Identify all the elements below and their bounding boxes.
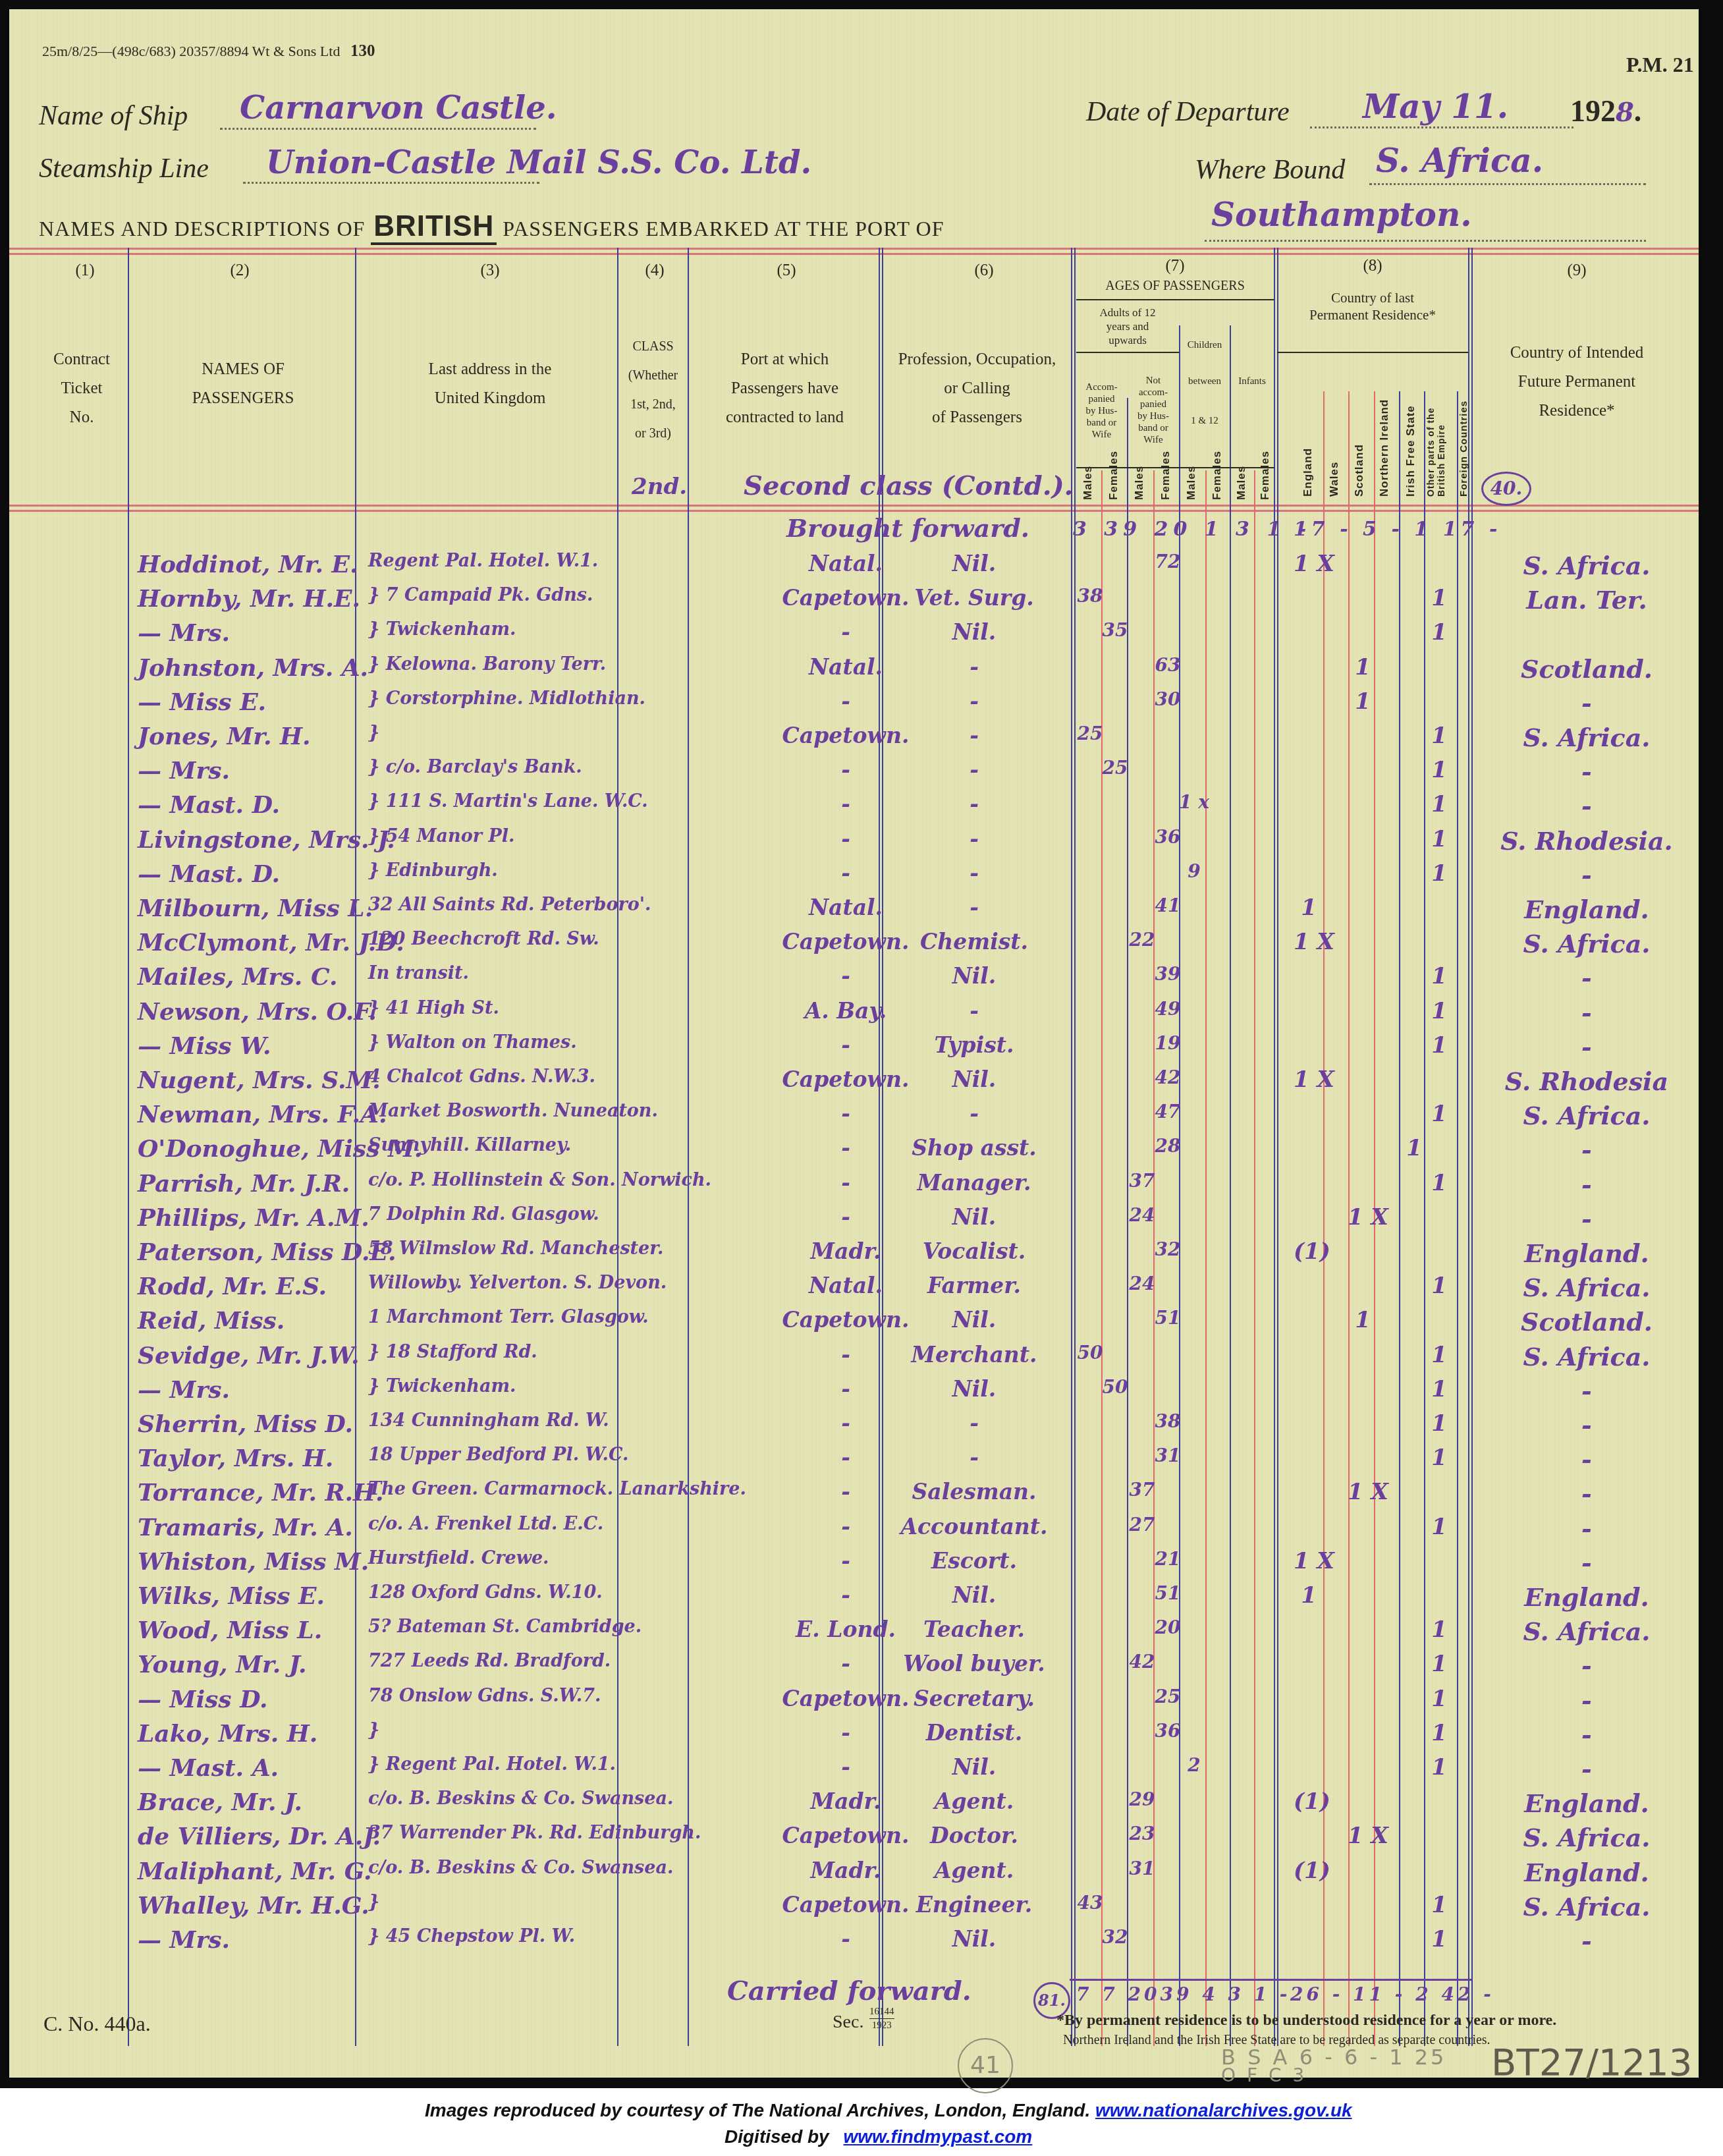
sex-label: Females xyxy=(1159,474,1172,500)
passenger-age: 43 xyxy=(1075,1892,1105,1914)
passenger-occupation: - xyxy=(889,860,1060,886)
country-northern-ireland: Northern Ireland xyxy=(1378,378,1391,497)
passenger-address: } c/o. Barclay's Bank. xyxy=(368,757,582,777)
passenger-row: Taylor, Mrs. H.18 Upper Bedford Pl. W.C.… xyxy=(9,1445,1699,1479)
passenger-row: — Mast. D.} Edinburgh.---91 xyxy=(9,860,1699,895)
passenger-occupation: Farmer. xyxy=(889,1273,1060,1298)
cf-age: 7 xyxy=(1076,1983,1092,2005)
brought-forward-label: Brought forward. xyxy=(786,513,1029,543)
manifest-title: NAMES AND DESCRIPTIONS OF BRITISH PASSEN… xyxy=(39,210,944,243)
passenger-name: Jones, Mr. H. xyxy=(138,723,311,750)
passenger-row: Brace, Mr. J.c/o. B. Beskins & Co. Swans… xyxy=(9,1788,1699,1823)
passenger-future-residence: England. xyxy=(1478,1858,1695,1887)
last-residence-mark: 1 xyxy=(1424,1892,1454,1918)
last-residence-mark: 1 xyxy=(1424,963,1454,989)
passenger-address: 120 Beechcroft Rd. Sw. xyxy=(368,929,599,949)
col6-label: Profession, Occupation, or Calling of Pa… xyxy=(883,345,1071,432)
last-residence-mark: 1 xyxy=(1348,1307,1378,1333)
bf-res: 17 xyxy=(1443,518,1479,541)
passenger-future-residence: - xyxy=(1478,1170,1695,1200)
col9-line: Country of Intended xyxy=(1475,339,1679,368)
passenger-name: — Mast. D. xyxy=(138,791,280,819)
last-residence-mark: 1 xyxy=(1399,1135,1429,1161)
passenger-name: Brace, Mr. J. xyxy=(138,1788,302,1816)
cf-age: 39 xyxy=(1160,1983,1192,2005)
passenger-future-residence: S. Africa. xyxy=(1478,1892,1695,1921)
passenger-name: — Mast. D. xyxy=(138,860,280,888)
passenger-name: Paterson, Miss D.E. xyxy=(138,1238,396,1266)
passenger-occupation: Vocalist. xyxy=(889,1238,1060,1264)
passenger-address: } Corstorphine. Midlothian. xyxy=(368,688,645,709)
passenger-name: Newson, Mrs. O.F. xyxy=(138,998,377,1026)
passenger-address: 5? Bateman St. Cambridge. xyxy=(368,1617,642,1637)
passenger-future-residence: - xyxy=(1478,1376,1695,1406)
passenger-future-residence: - xyxy=(1478,1926,1695,1956)
last-residence-mark: 1 xyxy=(1424,1617,1454,1643)
title-part-2: PASSENGERS EMBARKED AT THE PORT OF xyxy=(503,217,944,240)
passenger-age: 50 xyxy=(1075,1342,1105,1364)
passenger-future-residence: S. Africa. xyxy=(1478,929,1695,958)
passenger-name: — Miss E. xyxy=(138,688,266,716)
col7-children-between: between xyxy=(1180,375,1230,388)
passenger-row: Tramaris, Mr. A.c/o. A. Frenkel Ltd. E.C… xyxy=(9,1514,1699,1548)
last-residence-mark: 1 xyxy=(1294,895,1324,921)
passenger-row: Sevidge, Mr. J.W.} 18 Stafford Rd.-Merch… xyxy=(9,1342,1699,1376)
col5-line: contracted to land xyxy=(691,403,879,432)
passenger-occupation: Nil. xyxy=(889,1307,1060,1333)
passenger-future-residence: Lan. Ter. xyxy=(1478,585,1695,615)
passenger-name: Wilks, Miss E. xyxy=(138,1582,325,1610)
bf-age: 1 xyxy=(1267,518,1286,541)
passenger-age: 32 xyxy=(1100,1926,1130,1948)
passenger-address: 7 Dolphin Rd. Glasgow. xyxy=(368,1204,599,1225)
col1-line: Ticket xyxy=(36,374,128,403)
passenger-occupation: - xyxy=(889,688,1060,714)
passenger-address: 1 Marchmont Terr. Glasgow. xyxy=(368,1307,649,1327)
passenger-row: Hoddinot, Mr. E.Regent Pal. Hotel. W.1.N… xyxy=(9,551,1699,585)
national-archives-link[interactable]: www.nationalarchives.gov.uk xyxy=(1095,2100,1352,2120)
passenger-occupation: Teacher. xyxy=(889,1617,1060,1642)
col4-line: 1st, 2nd, xyxy=(618,390,688,419)
passenger-future-residence: England. xyxy=(1478,1788,1695,1818)
passenger-occupation: Nil. xyxy=(889,963,1060,989)
last-residence-mark: 1 X xyxy=(1294,929,1324,955)
cf-age: 4 xyxy=(1202,1983,1218,2005)
cf-res: - xyxy=(1395,1983,1406,2005)
sex-label: Females xyxy=(1259,474,1272,500)
col2-number: (2) xyxy=(207,256,273,285)
passenger-name: Mailes, Mrs. C. xyxy=(138,963,337,991)
col3-line: Last address in the xyxy=(365,355,615,384)
port-dotline xyxy=(1205,233,1646,242)
col7-children-range: 1 & 12 xyxy=(1180,414,1230,428)
notaccomp-line: panied xyxy=(1128,399,1179,410)
passenger-future-residence: - xyxy=(1478,757,1695,787)
last-residence-mark: 1 xyxy=(1424,1410,1454,1437)
passenger-occupation: Nil. xyxy=(889,1926,1060,1952)
last-residence-mark: 1 xyxy=(1424,1342,1454,1368)
last-residence-mark: 1 xyxy=(1424,1686,1454,1712)
passenger-name: Tramaris, Mr. A. xyxy=(138,1514,353,1541)
country-scotland: Scotland xyxy=(1353,404,1366,497)
passenger-occupation: Nil. xyxy=(889,1204,1060,1230)
passenger-future-residence: England. xyxy=(1478,1238,1695,1268)
passenger-row: Nugent, Mrs. S.M.4 Chalcot Gdns. N.W.3.C… xyxy=(9,1066,1699,1101)
passenger-address: Regent Pal. Hotel. W.1. xyxy=(368,551,598,571)
passenger-future-residence: - xyxy=(1478,1754,1695,1784)
passenger-occupation: Agent. xyxy=(889,1858,1060,1883)
passenger-occupation: Wool buyer. xyxy=(889,1651,1060,1676)
passenger-row: Whiston, Miss M.Hurstfield. Crewe.-Escor… xyxy=(9,1548,1699,1582)
passenger-age: 38 xyxy=(1075,585,1105,607)
passenger-name: Sherrin, Miss D. xyxy=(138,1410,353,1438)
sex-label: Males xyxy=(1133,474,1146,500)
cf-age: - xyxy=(1280,1983,1291,2005)
form-code: P.M. 21 xyxy=(1626,53,1694,77)
passenger-future-residence: S. Africa. xyxy=(1478,723,1695,752)
col7-title: AGES OF PASSENGERS xyxy=(1076,276,1274,296)
passenger-occupation: - xyxy=(889,757,1060,783)
passenger-age: 47 xyxy=(1153,1101,1183,1122)
passenger-future-residence: - xyxy=(1478,1651,1695,1680)
country-irish-free-state: Irish Free State xyxy=(1404,378,1417,497)
carried-forward-ages: 7 7 2039 4 3 1 - xyxy=(1076,1983,1290,2005)
passenger-occupation: Nil. xyxy=(889,619,1060,645)
last-residence-mark: 1 xyxy=(1424,1720,1454,1746)
last-residence-mark: 1 xyxy=(1424,1101,1454,1127)
col3-label: Last address in the United Kingdom xyxy=(365,355,615,413)
passenger-row: Paterson, Miss D.E.58 Wilmslow Rd. Manch… xyxy=(9,1238,1699,1273)
passenger-row: Newson, Mrs. O.F.} 41 High St.A. Bay.--4… xyxy=(9,998,1699,1032)
passenger-age: 27 xyxy=(1127,1514,1157,1535)
passenger-row: — Mrs.} Twickenham.-Nil.351 xyxy=(9,619,1699,653)
passenger-row: de Villiers, Dr. A.J.37 Warrender Pk. Rd… xyxy=(9,1823,1699,1857)
passenger-name: Johnston, Mrs. A. xyxy=(138,654,368,682)
title-part-1: NAMES AND DESCRIPTIONS OF xyxy=(39,217,365,240)
col8-number: (8) xyxy=(1340,256,1406,276)
last-residence-mark: 1 xyxy=(1424,723,1454,749)
ship-name: Carnarvon Castle. xyxy=(240,90,557,126)
passenger-address: 58 Wilmslow Rd. Manchester. xyxy=(368,1238,663,1259)
passenger-occupation: Dentist. xyxy=(889,1720,1060,1746)
passenger-future-residence: S. Rhodesia. xyxy=(1478,826,1695,856)
pencil-page-circle: 41 xyxy=(958,2038,1013,2093)
passenger-age: 9 xyxy=(1179,860,1209,882)
last-residence-mark: 1 xyxy=(1294,1582,1324,1609)
passenger-address: } Edinburgh. xyxy=(368,860,498,881)
passenger-future-residence: - xyxy=(1478,1032,1695,1062)
passenger-name: Phillips, Mr. A.M. xyxy=(138,1204,369,1232)
passenger-future-residence: S. Africa. xyxy=(1478,1823,1695,1852)
col6-line: of Passengers xyxy=(883,403,1071,432)
col8-title: Country of last Permanent Residence* xyxy=(1277,289,1468,323)
passenger-occupation: Engineer. xyxy=(889,1892,1060,1918)
port-of-embarkation: Southampton. xyxy=(1211,195,1472,234)
passenger-age: 23 xyxy=(1127,1823,1157,1844)
header-top-rule xyxy=(9,248,1699,250)
findmypast-link[interactable]: www.findmypast.com xyxy=(843,2126,1032,2147)
passenger-occupation: Secretary. xyxy=(889,1686,1060,1711)
last-residence-mark: 1 X xyxy=(1294,1548,1324,1574)
passenger-age: 51 xyxy=(1153,1582,1183,1604)
ship-label: Name of Ship xyxy=(39,100,188,132)
passenger-row: — Mast. A.} Regent Pal. Hotel. W.1.-Nil.… xyxy=(9,1754,1699,1788)
accomp-line: panied xyxy=(1076,393,1127,405)
cf-res: 2 xyxy=(1415,1983,1431,2005)
passenger-future-residence: Scotland. xyxy=(1478,1307,1695,1337)
header-bottom-rule xyxy=(9,505,1699,507)
passenger-row: Torrance, Mr. R.H.The Green. Carmarnock.… xyxy=(9,1479,1699,1513)
country-foreign: Foreign Countries xyxy=(1458,378,1469,497)
passenger-future-residence: - xyxy=(1478,1204,1695,1234)
col3-number: (3) xyxy=(457,256,523,285)
cf-res: 26 xyxy=(1290,1983,1323,2005)
last-residence-mark: 1 xyxy=(1424,1926,1454,1952)
passenger-future-residence: S. Africa. xyxy=(1478,1273,1695,1302)
passenger-name: Young, Mr. J. xyxy=(138,1651,307,1678)
passenger-age: 36 xyxy=(1153,1720,1183,1742)
last-residence-mark: 1 X xyxy=(1294,551,1324,577)
bf-age: 1 xyxy=(1205,518,1224,541)
col5-line: Port at which xyxy=(691,345,879,374)
brought-forward-ages: 3 39 20 1 3 1 - xyxy=(1073,518,1311,541)
cf-age: 3 xyxy=(1228,1983,1244,2005)
digitised-by-text: Digitised by xyxy=(725,2126,829,2147)
passenger-address: Willowby. Yelverton. S. Devon. xyxy=(368,1273,667,1293)
passenger-address: Market Bosworth. Nuneaton. xyxy=(368,1101,658,1121)
passenger-age: 24 xyxy=(1127,1273,1157,1294)
passenger-age: 37 xyxy=(1127,1479,1157,1501)
passenger-row: Rodd, Mr. E.S.Willowby. Yelverton. S. De… xyxy=(9,1273,1699,1307)
passenger-address: 37 Warrender Pk. Rd. Edinburgh. xyxy=(368,1823,701,1843)
passenger-occupation: Nil. xyxy=(889,1582,1060,1608)
cf-res: 11 xyxy=(1353,1983,1385,2005)
notaccomp-line: by Hus- xyxy=(1128,410,1179,422)
country-england: England xyxy=(1301,404,1315,497)
passenger-row: Jones, Mr. H.}Capetown.-S. Africa.251 xyxy=(9,723,1699,757)
passenger-age: 19 xyxy=(1153,1032,1183,1054)
attribution-line-1: Images reproduced by courtesy of The Nat… xyxy=(425,2100,1352,2121)
passenger-age: 1 x xyxy=(1179,791,1209,813)
year-printed: 192 xyxy=(1570,94,1616,128)
passenger-name: Taylor, Mrs. H. xyxy=(138,1445,333,1472)
passenger-age: 25 xyxy=(1100,757,1130,779)
passenger-row: O'Donoghue, Miss M.Sunnyhill. Killarney.… xyxy=(9,1135,1699,1169)
passenger-age: 21 xyxy=(1153,1548,1183,1570)
passenger-age: 49 xyxy=(1153,998,1183,1020)
passenger-age: 50 xyxy=(1100,1376,1130,1398)
col9-label: Country of Intended Future Permanent Res… xyxy=(1475,339,1679,426)
passenger-address: } Walton on Thames. xyxy=(368,1032,577,1053)
adults-line: upwards xyxy=(1076,333,1179,347)
passenger-name: — Mrs. xyxy=(138,1376,230,1404)
passenger-address: } Kelowna. Barony Terr. xyxy=(368,654,606,675)
passenger-name: Milbourn, Miss L. xyxy=(138,895,373,922)
passenger-age: 51 xyxy=(1153,1307,1183,1329)
passenger-occupation: Nil. xyxy=(889,1376,1060,1402)
title-british: BRITISH xyxy=(371,210,497,245)
passenger-name: Nugent, Mrs. S.M. xyxy=(138,1066,381,1094)
passenger-name: — Miss D. xyxy=(138,1686,268,1713)
passenger-row: Wilks, Miss E.128 Oxford Gdns. W.10.-Nil… xyxy=(9,1582,1699,1617)
passenger-occupation: Agent. xyxy=(889,1788,1060,1814)
bf-res: - xyxy=(1391,518,1403,541)
passenger-name: Rodd, Mr. E.S. xyxy=(138,1273,327,1300)
col8-divider xyxy=(1277,352,1468,353)
passenger-name: Livingstone, Mrs. J. xyxy=(138,826,395,854)
passenger-address: 78 Onslow Gdns. S.W.7. xyxy=(368,1686,601,1706)
passenger-future-residence: - xyxy=(1478,860,1695,890)
class-value: 2nd. xyxy=(632,474,687,500)
col6-number: (6) xyxy=(951,256,1017,285)
col7-children: Children xyxy=(1180,339,1230,352)
last-residence-mark: 1 xyxy=(1424,860,1454,887)
notaccomp-line: band or xyxy=(1128,422,1179,434)
passenger-age: 31 xyxy=(1153,1445,1183,1466)
header-bottom-rule-2 xyxy=(9,510,1699,512)
adults-line: Adults of 12 xyxy=(1076,306,1179,319)
passenger-future-residence: S. Africa. xyxy=(1478,1342,1695,1371)
passenger-name: Whiston, Miss M. xyxy=(138,1548,369,1576)
sec-reference: 16144 1923 xyxy=(869,2005,894,2032)
year-hand: 8 xyxy=(1616,97,1634,128)
passenger-address: c/o. A. Frenkel Ltd. E.C. xyxy=(368,1514,603,1534)
passenger-name: Maliphant, Mr. G. xyxy=(138,1858,372,1885)
sex-label: Females xyxy=(1107,474,1120,500)
last-residence-mark: 1 xyxy=(1424,585,1454,611)
passenger-address: 134 Cunningham Rd. W. xyxy=(368,1410,609,1431)
passenger-row: McClymont, Mr. J.D.120 Beechcroft Rd. Sw… xyxy=(9,929,1699,963)
last-residence-mark: 1 xyxy=(1424,1754,1454,1781)
cf-age: 20 xyxy=(1128,1983,1160,2005)
passenger-future-residence: - xyxy=(1478,963,1695,993)
passenger-future-residence: - xyxy=(1478,791,1695,821)
col4-line: (Whether xyxy=(618,361,688,390)
col2-label: NAMES OF PASSENGERS xyxy=(141,355,345,413)
col5-number: (5) xyxy=(753,256,819,285)
col7-divider xyxy=(1076,299,1274,300)
col4-line: or 3rd) xyxy=(618,419,688,448)
passenger-future-residence: S. Africa. xyxy=(1478,1101,1695,1130)
col1-label: Contract Ticket No. xyxy=(36,345,128,432)
passenger-age: 37 xyxy=(1127,1170,1157,1192)
sec-ref-bottom: 1923 xyxy=(869,2019,894,2032)
passenger-address: 128 Oxford Gdns. W.10. xyxy=(368,1582,603,1603)
header-top-rule-2 xyxy=(9,253,1699,255)
passenger-future-residence: England. xyxy=(1478,895,1695,924)
last-residence-mark: 1 X xyxy=(1348,1823,1378,1849)
last-residence-mark: 1 xyxy=(1424,1376,1454,1402)
passenger-future-residence: S. Rhodesia xyxy=(1478,1066,1695,1096)
passenger-row: — Mrs.} 45 Chepstow Pl. W.-Nil.-321 xyxy=(9,1926,1699,1960)
passenger-row: Milbourn, Miss L.32 All Saints Rd. Peter… xyxy=(9,895,1699,929)
passenger-row: Livingstone, Mrs. J.} 54 Manor Pl.--S. R… xyxy=(9,826,1699,860)
passenger-row: — Miss W.} Walton on Thames.-Typist.-191 xyxy=(9,1032,1699,1066)
passenger-age: 41 xyxy=(1153,895,1183,916)
passenger-name: McClymont, Mr. J.D. xyxy=(138,929,404,956)
passenger-address: Sunnyhill. Killarney. xyxy=(368,1135,571,1155)
col7-adults: Adults of 12 years and upwards xyxy=(1076,306,1179,347)
page-number-circle: 40. xyxy=(1481,472,1531,506)
passenger-future-residence: - xyxy=(1478,998,1695,1028)
passenger-name: Reid, Miss. xyxy=(138,1307,285,1335)
col7-number: (7) xyxy=(1142,256,1208,276)
passenger-row: — Miss E.} Corstorphine. Midlothian.---3… xyxy=(9,688,1699,723)
notaccomp-line: Not xyxy=(1128,375,1179,387)
passenger-occupation: Typist. xyxy=(889,1032,1060,1058)
where-bound-value: S. Africa. xyxy=(1376,141,1543,180)
bf-res: - xyxy=(1489,518,1501,541)
passenger-occupation: - xyxy=(889,1445,1060,1470)
passenger-row: Reid, Miss.1 Marchmont Terr. Glasgow.Cap… xyxy=(9,1307,1699,1341)
archive-reference: BT27/1213 xyxy=(1491,2041,1692,2084)
passenger-future-residence: England. xyxy=(1478,1582,1695,1612)
passenger-name: Whalley, Mr. H.G. xyxy=(138,1892,369,1920)
passenger-row: Phillips, Mr. A.M.7 Dolphin Rd. Glasgow.… xyxy=(9,1204,1699,1238)
passenger-occupation: Nil. xyxy=(889,1066,1060,1092)
cf-res: - xyxy=(1483,1983,1494,2005)
col8-line: Country of last xyxy=(1277,289,1468,306)
last-residence-mark: 1 xyxy=(1424,1651,1454,1677)
col4-line: CLASS xyxy=(618,332,688,361)
bf-age: 3 xyxy=(1073,518,1092,541)
passenger-occupation: - xyxy=(889,654,1060,680)
passenger-age: 35 xyxy=(1100,619,1130,641)
passenger-address: } xyxy=(368,1720,379,1740)
passenger-address: In transit. xyxy=(368,963,469,983)
passenger-age: 63 xyxy=(1153,654,1183,676)
last-residence-mark: 1 xyxy=(1424,1273,1454,1299)
passenger-age: 2 xyxy=(1179,1754,1209,1776)
col1-line: No. xyxy=(36,403,128,432)
passenger-future-residence: - xyxy=(1478,1686,1695,1715)
passenger-occupation: - xyxy=(889,826,1060,852)
col7-accompanied: Accom- panied by Hus- band or Wife xyxy=(1076,381,1127,441)
passenger-age: 20 xyxy=(1153,1617,1183,1638)
passenger-name: Hoddinot, Mr. E. xyxy=(138,551,358,578)
form-number: C. No. 440a. xyxy=(43,2012,151,2036)
col3-line: United Kingdom xyxy=(365,384,615,413)
sec-label: Sec. xyxy=(833,2012,863,2033)
passenger-occupation: Vet. Surg. xyxy=(889,585,1060,611)
passenger-occupation: - xyxy=(889,1101,1060,1126)
passenger-occupation: Nil. xyxy=(889,551,1060,576)
passenger-name: Newman, Mrs. F.A. xyxy=(138,1101,387,1128)
passenger-address: } Twickenham. xyxy=(368,619,516,640)
passenger-age: 30 xyxy=(1153,688,1183,710)
last-residence-mark: 1 xyxy=(1424,826,1454,852)
brought-forward-residence: 17 - 5 - 1 17 - xyxy=(1294,518,1501,541)
class-heading: Second class (Contd.). xyxy=(744,470,1074,501)
accomp-line: Accom- xyxy=(1076,381,1127,393)
attribution-line-2: Digitised by www.findmypast.com xyxy=(725,2126,1032,2147)
passenger-address: } xyxy=(368,723,379,743)
passenger-occupation: Chemist. xyxy=(889,929,1060,954)
col1-line: Contract xyxy=(36,345,128,374)
bf-res: 17 xyxy=(1294,518,1329,541)
col1-number: (1) xyxy=(49,256,121,285)
passenger-address: } 111 S. Martin's Lane. W.C. xyxy=(368,791,648,812)
passenger-future-residence: S. Africa. xyxy=(1478,551,1695,580)
passenger-address: } 7 Campaid Pk. Gdns. xyxy=(368,585,593,605)
passenger-age: 39 xyxy=(1153,963,1183,985)
col9-line: Future Permanent xyxy=(1475,368,1679,397)
last-residence-mark: 1 xyxy=(1424,998,1454,1024)
col5-line: Passengers have xyxy=(691,374,879,403)
last-residence-mark: 1 xyxy=(1424,1032,1454,1059)
passenger-age: 31 xyxy=(1127,1858,1157,1879)
col2-line: NAMES OF xyxy=(141,355,345,384)
